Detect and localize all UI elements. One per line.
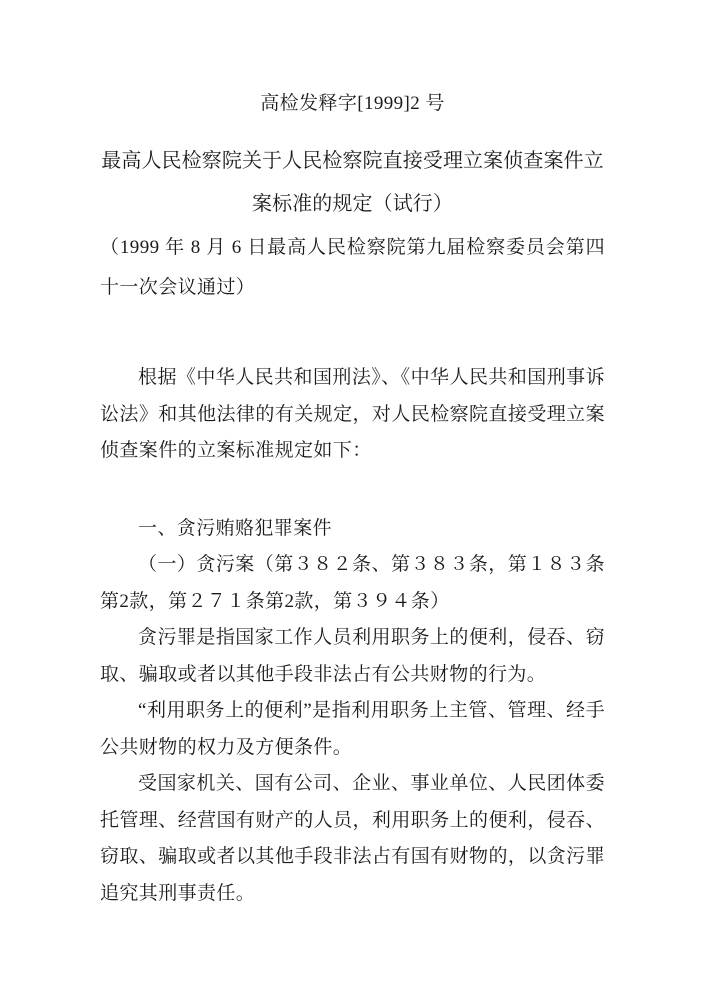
document-page: 高检发释字[1999]2 号 最高人民检察院关于人民检察院直接受理立案侦查案件立… <box>0 0 707 999</box>
intro-paragraph: 根据《中华人民共和国刑法》、《中华人民共和国刑事诉讼法》和其他法律的有关规定，对… <box>100 360 605 470</box>
paragraph-definition: 贪污罪是指国家工作人员利用职务上的便利，侵吞、窃取、骗取或者以其他手段非法占有公… <box>100 620 605 693</box>
doc-title: 最高人民检察院关于人民检察院直接受理立案侦查案件立案标准的规定（试行） <box>100 140 605 226</box>
paragraph-subsection-title: （一）贪污案（第３８２条、第３８３条，第１８３条第2款，第２７１条第2款，第３９… <box>100 547 605 620</box>
adoption-note: （1999 年 8 月 6 日最高人民检察院第九届检察委员会第四十一次会议通过） <box>100 228 605 308</box>
section-heading: 一、贪污贿赂犯罪案件 <box>100 511 605 548</box>
paragraph-term-explanation: “利用职务上的便利”是指利用职务上主管、管理、经手公共财物的权力及方便条件。 <box>100 693 605 766</box>
paragraph-entrusted-personnel: 受国家机关、国有公司、企业、事业单位、人民团体委托管理、经营国有财产的人员，利用… <box>100 766 605 912</box>
doc-number: 高检发释字[1999]2 号 <box>100 88 605 120</box>
